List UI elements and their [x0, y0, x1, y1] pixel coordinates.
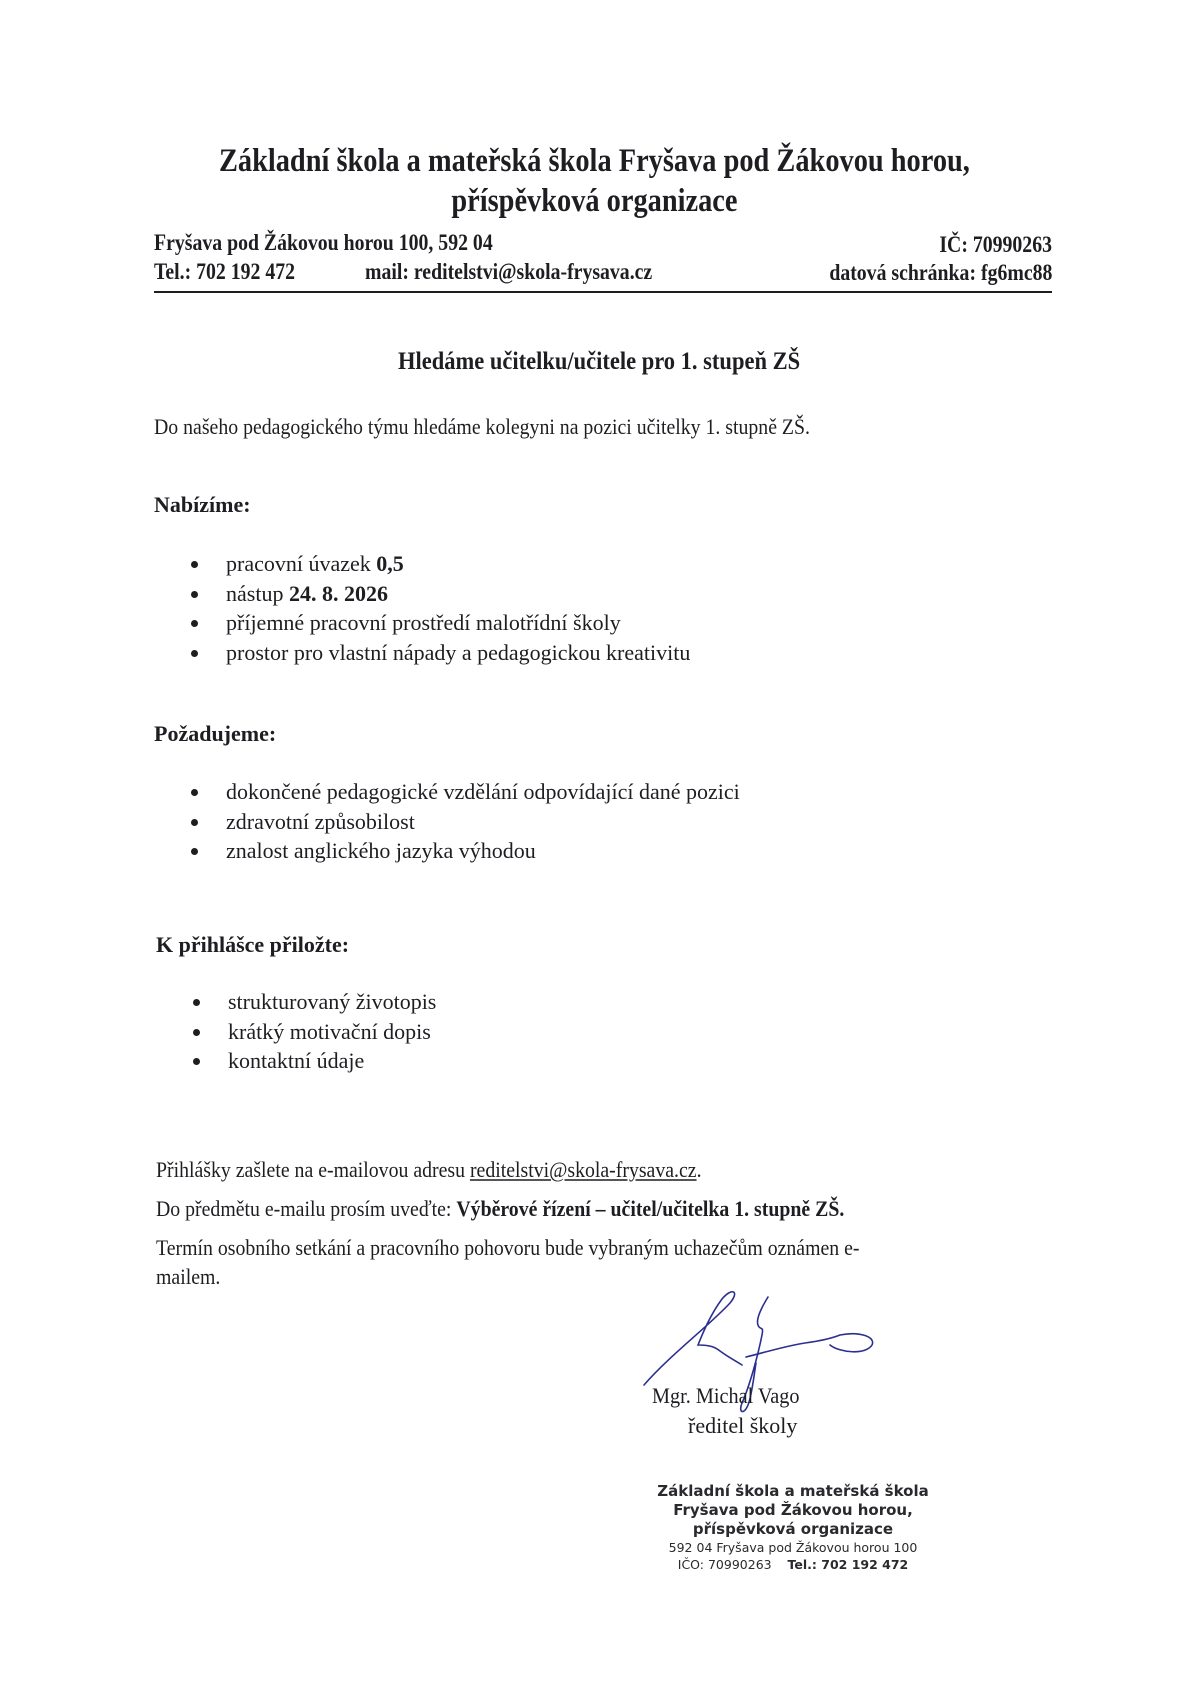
- email-link[interactable]: reditelstvi@skola-frysava.cz: [470, 1157, 697, 1182]
- phone: Tel.: 702 192 472: [154, 259, 295, 285]
- company-id: IČ: 70990263: [939, 232, 1052, 258]
- item-value: 24. 8. 2026: [289, 581, 388, 606]
- signatory-name: Mgr. Michal Vago: [652, 1383, 799, 1409]
- list-item: zdravotní způsobilost: [188, 807, 740, 837]
- offer-list: pracovní úvazek 0,5 nástup 24. 8. 2026 p…: [188, 549, 690, 667]
- send-instructions: Přihlášky zašlete na e-mailovou adresu r…: [156, 1157, 702, 1183]
- meeting-note-line2: mailem.: [156, 1264, 220, 1290]
- list-item: příjemné pracovní prostředí malotřídní š…: [188, 608, 690, 638]
- list-item: prostor pro vlastní nápady a pedagogicko…: [188, 638, 690, 668]
- data-box-id: datová schránka: fg6mc88: [829, 260, 1052, 286]
- school-name: Základní škola a mateřská škola Fryšava …: [83, 142, 1106, 180]
- stamp-line: Základní škola a mateřská škola: [648, 1482, 938, 1501]
- stamp-line: IČO: 70990263 Tel.: 702 192 472: [648, 1556, 938, 1573]
- requirements-heading: Požadujeme:: [154, 721, 276, 747]
- item-text: pracovní úvazek: [226, 551, 376, 576]
- stamp-tel: Tel.: 702 192 472: [788, 1557, 909, 1572]
- stamp-line: příspěvková organizace: [648, 1520, 938, 1539]
- school-legal-form: příspěvková organizace: [83, 182, 1106, 220]
- item-text: prostor pro vlastní nápady a pedagogicko…: [226, 640, 690, 665]
- stamp-ico: IČO: 70990263: [678, 1557, 772, 1572]
- requirements-list: dokončené pedagogické vzdělání odpovídaj…: [188, 777, 740, 866]
- list-item: znalost anglického jazyka výhodou: [188, 836, 740, 866]
- send-suffix: .: [697, 1157, 702, 1182]
- list-item: kontaktní údaje: [190, 1046, 436, 1076]
- attachments-heading: K přihlášce přiložte:: [156, 932, 349, 958]
- item-text: příjemné pracovní prostředí malotřídní š…: [226, 610, 621, 635]
- stamp-line: Fryšava pod Žákovou horou,: [648, 1501, 938, 1520]
- item-value: 0,5: [376, 551, 404, 576]
- attachments-list: strukturovaný životopis krátký motivační…: [190, 987, 436, 1076]
- list-item: krátký motivační dopis: [190, 1017, 436, 1047]
- send-prefix: Přihlášky zašlete na e-mailovou adresu: [156, 1157, 470, 1182]
- header-divider: [154, 291, 1052, 293]
- intro-text: Do našeho pedagogického týmu hledáme kol…: [154, 414, 810, 440]
- contact-email: mail: reditelstvi@skola-frysava.cz: [365, 259, 652, 285]
- list-item: pracovní úvazek 0,5: [188, 549, 690, 579]
- school-stamp: Základní škola a mateřská škola Fryšava …: [648, 1482, 938, 1573]
- school-address: Fryšava pod Žákovou horou 100, 592 04: [154, 230, 493, 256]
- list-item: nástup 24. 8. 2026: [188, 579, 690, 609]
- page-title: Hledáme učitelku/učitele pro 1. stupeň Z…: [64, 348, 1134, 376]
- list-item: dokončené pedagogické vzdělání odpovídaj…: [188, 777, 740, 807]
- signatory-role: ředitel školy: [688, 1413, 797, 1439]
- offer-heading: Nabízíme:: [154, 492, 251, 518]
- subject-instructions: Do předmětu e-mailu prosím uveďte: Výběr…: [156, 1196, 844, 1222]
- item-text: nástup: [226, 581, 289, 606]
- list-item: strukturovaný životopis: [190, 987, 436, 1017]
- stamp-line: 592 04 Fryšava pod Žákovou horou 100: [648, 1539, 938, 1556]
- meeting-note-line1: Termín osobního setkání a pracovního poh…: [156, 1235, 860, 1261]
- subject-line: Výběrové řízení – učitel/učitelka 1. stu…: [456, 1196, 844, 1221]
- subject-prefix: Do předmětu e-mailu prosím uveďte:: [156, 1196, 456, 1221]
